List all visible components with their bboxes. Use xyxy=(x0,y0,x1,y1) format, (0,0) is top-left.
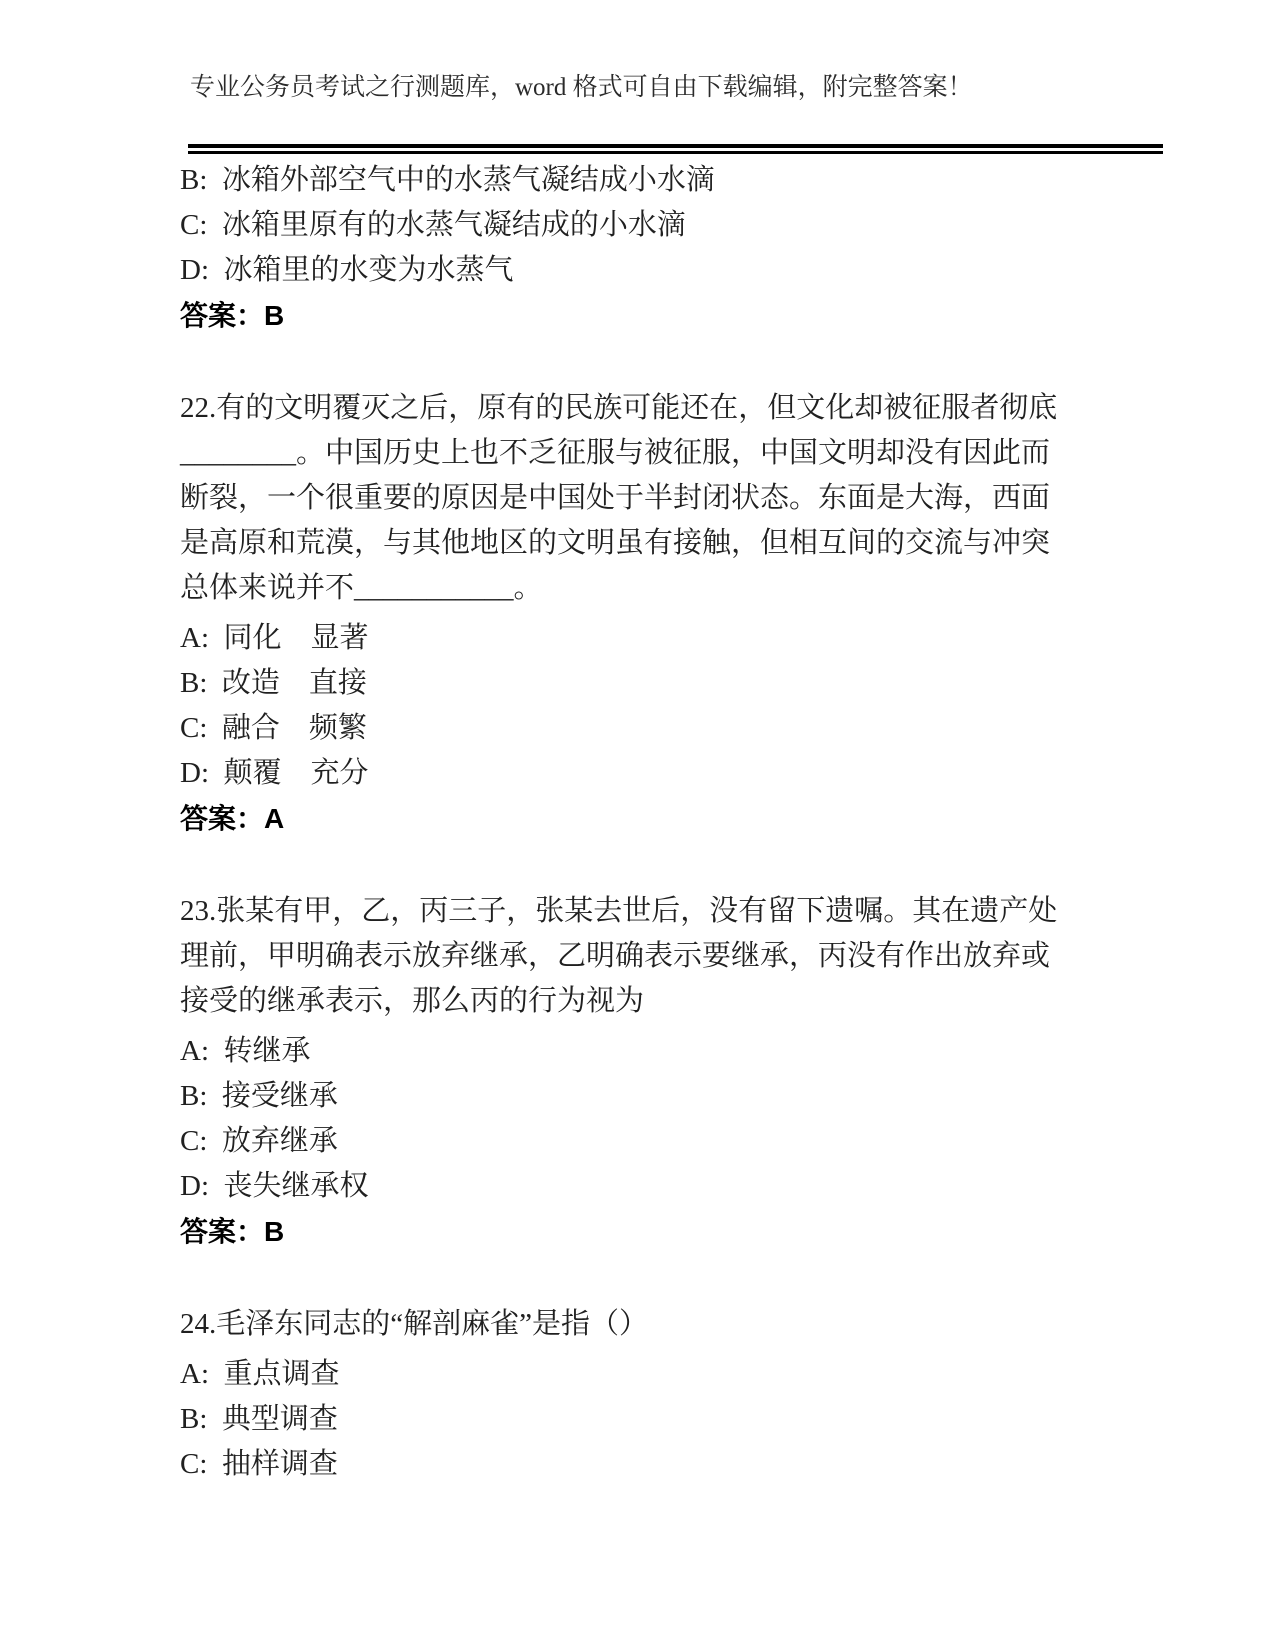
answer-line: 答案：A xyxy=(180,796,1085,841)
answer-line: 答案：B xyxy=(180,1209,1085,1254)
question-stem-line: 理前，甲明确表示放弃继承，乙明确表示要继承，丙没有作出放弃或 xyxy=(180,934,1085,979)
question-stem-line: 22.有的文明覆灭之后，原有的民族可能还在，但文化却被征服者彻底 xyxy=(180,386,1085,431)
question-22-block: 22.有的文明覆灭之后，原有的民族可能还在，但文化却被征服者彻底 _______… xyxy=(180,386,1085,841)
option-line: A: 同化 显著 xyxy=(180,616,1085,661)
option-line: C: 抽样调查 xyxy=(180,1442,1085,1487)
question-stem-line: 断裂，一个很重要的原因是中国处于半封闭状态。东面是大海，西面 xyxy=(180,476,1085,521)
option-line: D: 丧失继承权 xyxy=(180,1164,1085,1209)
question-stem: 22.有的文明覆灭之后，原有的民族可能还在，但文化却被征服者彻底 _______… xyxy=(180,386,1085,611)
question-stem-line: 接受的继承表示，那么丙的行为视为 xyxy=(180,979,1085,1024)
question-stem-line: 23.张某有甲，乙，丙三子，张某去世后，没有留下遗嘱。其在遗产处 xyxy=(180,889,1085,934)
option-line: B: 接受继承 xyxy=(180,1074,1085,1119)
document-content: B: 冰箱外部空气中的水蒸气凝结成小水滴 C: 冰箱里原有的水蒸气凝结成的小水滴… xyxy=(180,158,1085,1487)
option-line: B: 改造 直接 xyxy=(180,661,1085,706)
option-line: C: 融合 频繁 xyxy=(180,706,1085,751)
option-line: D: 冰箱里的水变为水蒸气 xyxy=(180,248,1085,293)
option-line: B: 冰箱外部空气中的水蒸气凝结成小水滴 xyxy=(180,158,1085,203)
question-stem-line: 总体来说并不___________。 xyxy=(180,566,1085,611)
page: 专业公务员考试之行测题库，word 格式可自由下载编辑，附完整答案！ B: 冰箱… xyxy=(0,0,1275,1650)
question-stem-line: 是高原和荒漠，与其他地区的文明虽有接触，但相互间的交流与冲突 xyxy=(180,521,1085,566)
page-header: 专业公务员考试之行测题库，word 格式可自由下载编辑，附完整答案！ xyxy=(0,0,1275,104)
option-line: A: 重点调查 xyxy=(180,1352,1085,1397)
question-21-options-block: B: 冰箱外部空气中的水蒸气凝结成小水滴 C: 冰箱里原有的水蒸气凝结成的小水滴… xyxy=(180,158,1085,338)
question-stem-line: ________。中国历史上也不乏征服与被征服，中国文明却没有因此而 xyxy=(180,431,1085,476)
option-line: A: 转继承 xyxy=(180,1029,1085,1074)
option-line: C: 放弃继承 xyxy=(180,1119,1085,1164)
option-line: B: 典型调查 xyxy=(180,1397,1085,1442)
header-title: 专业公务员考试之行测题库，word 格式可自由下载编辑，附完整答案！ xyxy=(190,72,1275,104)
question-23-block: 23.张某有甲，乙，丙三子，张某去世后，没有留下遗嘱。其在遗产处 理前，甲明确表… xyxy=(180,889,1085,1254)
question-stem: 23.张某有甲，乙，丙三子，张某去世后，没有留下遗嘱。其在遗产处 理前，甲明确表… xyxy=(180,889,1085,1024)
question-stem: 24.毛泽东同志的“解剖麻雀”是指（） xyxy=(180,1302,1085,1347)
answer-line: 答案：B xyxy=(180,293,1085,338)
option-line: D: 颠覆 充分 xyxy=(180,751,1085,796)
question-stem-line: 24.毛泽东同志的“解剖麻雀”是指（） xyxy=(180,1302,1085,1347)
question-24-block: 24.毛泽东同志的“解剖麻雀”是指（） A: 重点调查 B: 典型调查 C: 抽… xyxy=(180,1302,1085,1487)
header-rule xyxy=(188,144,1163,154)
option-line: C: 冰箱里原有的水蒸气凝结成的小水滴 xyxy=(180,203,1085,248)
